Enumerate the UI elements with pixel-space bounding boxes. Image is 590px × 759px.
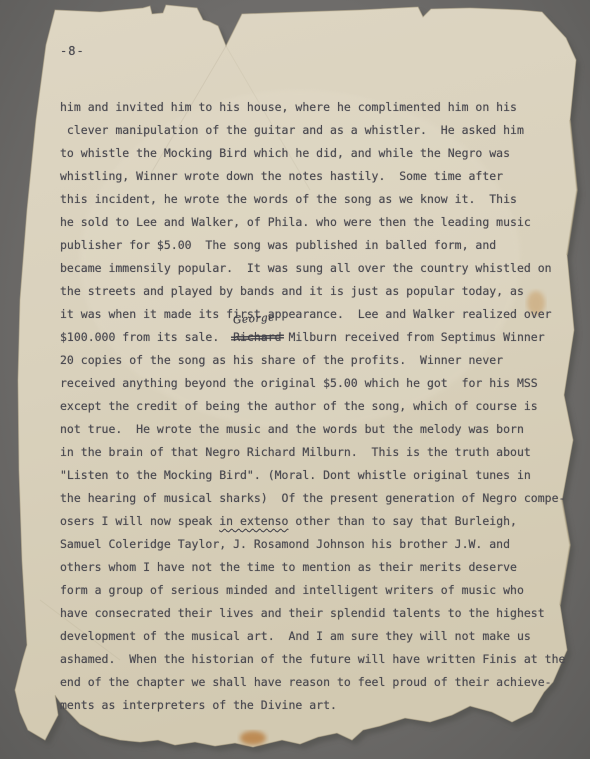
text-line: have consecrated their lives and their s…: [60, 602, 575, 625]
text-segment: osers I will now speak: [60, 514, 219, 528]
text-line: end of the chapter we shall have reason …: [60, 671, 575, 694]
text-segment: it was when it made its first appearance…: [60, 307, 552, 321]
text-segment: end of the chapter we shall have reason …: [60, 675, 552, 689]
text-line: form a group of serious minded and intel…: [60, 579, 575, 602]
text-line: the streets and played by bands and it i…: [60, 280, 575, 303]
page-number: -8-: [60, 44, 85, 58]
text-segment: ashamed. When the historian of the futur…: [60, 652, 565, 666]
page-text: him and invited him to his house, where …: [60, 96, 575, 717]
text-segment: the hearing of musical sharks) Of the pr…: [60, 491, 565, 505]
text-line: the hearing of musical sharks) Of the pr…: [60, 487, 575, 510]
text-segment: clever manipulation of the guitar and as…: [60, 123, 524, 137]
text-line: ments as interpreters of the Divine art.: [60, 694, 575, 717]
text-segment: Milburn received from Septimus Winner: [282, 330, 545, 344]
text-line: development of the musical art. And I am…: [60, 625, 575, 648]
text-line: not true. He wrote the music and the wor…: [60, 418, 575, 441]
text-segment: received anything beyond the original $5…: [60, 376, 538, 390]
text-line: whistling, Winner wrote down the notes h…: [60, 165, 575, 188]
text-line: "Listen to the Mocking Bird". (Moral. Do…: [60, 464, 575, 487]
text-segment-strike: RichardGeorge: [233, 326, 281, 349]
text-segment: except the credit of being the author of…: [60, 399, 538, 413]
text-segment: Samuel Coleridge Taylor, J. Rosamond Joh…: [60, 537, 510, 551]
text-line: osers I will now speak in extenso other …: [60, 510, 575, 533]
text-line: 20 copies of the song as his share of th…: [60, 349, 575, 372]
scanned-document-scene: -8- him and invited him to his house, wh…: [0, 0, 590, 759]
text-segment: 20 copies of the song as his share of th…: [60, 353, 503, 367]
text-line: it was when it made its first appearance…: [60, 303, 575, 326]
text-segment: he sold to Lee and Walker, of Phila. who…: [60, 215, 531, 229]
handwritten-annotation: George: [233, 313, 275, 326]
text-line: he sold to Lee and Walker, of Phila. who…: [60, 211, 575, 234]
text-segment: development of the musical art. And I am…: [60, 629, 531, 643]
text-line: clever manipulation of the guitar and as…: [60, 119, 575, 142]
text-segment: ments as interpreters of the Divine art.: [60, 698, 337, 712]
text-line: in the brain of that Negro Richard Milbu…: [60, 441, 575, 464]
text-segment: the streets and played by bands and it i…: [60, 284, 524, 298]
text-segment: others whom I have not the time to menti…: [60, 560, 517, 574]
text-line: became immensily popular. It was sung al…: [60, 257, 575, 280]
text-segment: whistling, Winner wrote down the notes h…: [60, 169, 503, 183]
text-line: this incident, he wrote the words of the…: [60, 188, 575, 211]
text-line: Samuel Coleridge Taylor, J. Rosamond Joh…: [60, 533, 575, 556]
stain-brown-bottom: [240, 731, 266, 745]
text-segment: became immensily popular. It was sung al…: [60, 261, 552, 275]
text-segment: form a group of serious minded and intel…: [60, 583, 524, 597]
text-segment: "Listen to the Mocking Bird". (Moral. Do…: [60, 468, 531, 482]
text-segment: $100.000 from its sale.: [60, 330, 233, 344]
text-segment: not true. He wrote the music and the wor…: [60, 422, 524, 436]
text-segment-underline: in extenso: [219, 514, 288, 528]
text-line: ashamed. When the historian of the futur…: [60, 648, 575, 671]
text-segment: have consecrated their lives and their s…: [60, 606, 545, 620]
text-segment: to whistle the Mocking Bird which he did…: [60, 146, 510, 160]
text-segment: in the brain of that Negro Richard Milbu…: [60, 445, 531, 459]
text-line: $100.000 from its sale. RichardGeorge Mi…: [60, 326, 575, 349]
text-line: publisher for $5.00 The song was publish…: [60, 234, 575, 257]
text-line: except the credit of being the author of…: [60, 395, 575, 418]
text-segment: publisher for $5.00 The song was publish…: [60, 238, 496, 252]
text-segment: this incident, he wrote the words of the…: [60, 192, 517, 206]
text-line: to whistle the Mocking Bird which he did…: [60, 142, 575, 165]
text-line: him and invited him to his house, where …: [60, 96, 575, 119]
text-line: received anything beyond the original $5…: [60, 372, 575, 395]
text-line: others whom I have not the time to menti…: [60, 556, 575, 579]
text-segment: him and invited him to his house, where …: [60, 100, 517, 114]
text-segment: other than to say that Burleigh,: [289, 514, 517, 528]
